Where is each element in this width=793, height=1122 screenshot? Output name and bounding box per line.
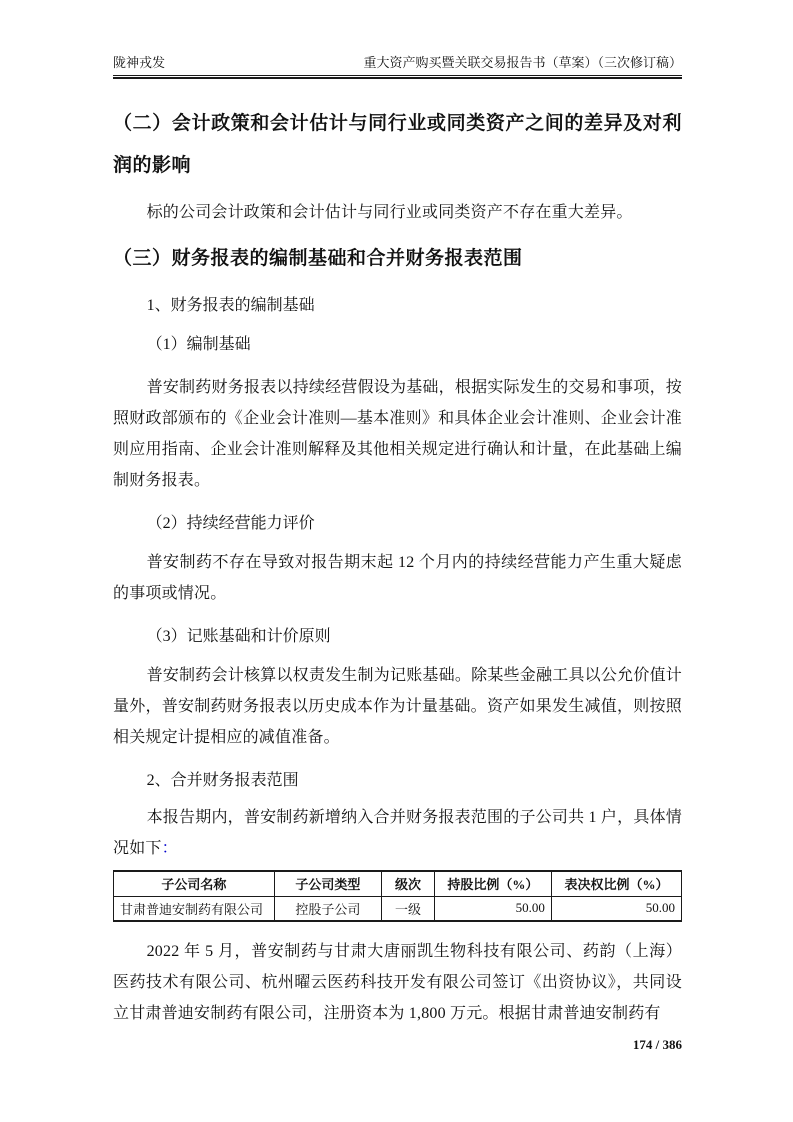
- subheading-1-1: （1）编制基础: [113, 329, 682, 360]
- paragraph-going-concern: 普安制药不存在导致对报告期末起 12 个月内的持续经营能力产生重大疑虑的事项或情…: [113, 547, 682, 609]
- scope-lead-text: 本报告期内，普安制药新增纳入合并财务报表范围的子公司共 1 户，具体情况如下: [113, 809, 682, 857]
- revision-colon: ：: [162, 840, 178, 857]
- header-right-title: 重大资产购买暨关联交易报告书（草案）（三次修订稿）: [363, 55, 682, 71]
- page-number: 174 / 386: [113, 1037, 682, 1053]
- col-header-shareholding-ratio: 持股比例（%）: [434, 871, 551, 896]
- col-header-voting-ratio: 表决权比例（%）: [551, 871, 681, 896]
- paragraph-accrual-basis: 普安制药会计核算以权责发生制为记账基础。除某些金融工具以公允价值计量外，普安制药…: [113, 660, 682, 753]
- paragraph-consolidation-scope: 本报告期内，普安制药新增纳入合并财务报表范围的子公司共 1 户，具体情况如下：: [113, 802, 682, 864]
- col-header-subsidiary-name: 子公司名称: [114, 871, 275, 896]
- header-rule: [113, 77, 682, 79]
- paragraph-preparation-basis: 普安制药财务报表以持续经营假设为基础，根据实际发生的交易和事项，按照财政部颁布的…: [113, 372, 682, 496]
- subheading-1-3: （3）记账基础和计价原则: [113, 621, 682, 652]
- document-page: 陇神戎发 重大资产购买暨关联交易报告书（草案）（三次修订稿） （二）会计政策和会…: [0, 0, 793, 1122]
- cell-subsidiary-name: 甘肃普迪安制药有限公司: [114, 896, 275, 921]
- table-row: 甘肃普迪安制药有限公司 控股子公司 一级 50.00 50.00: [114, 896, 682, 921]
- subsidiary-table: 子公司名称 子公司类型 级次 持股比例（%） 表决权比例（%） 甘肃普迪安制药有…: [113, 870, 682, 922]
- cell-level: 一级: [382, 896, 435, 921]
- subheading-1: 1、财务报表的编制基础: [113, 290, 682, 321]
- heading-section-2: （二）会计政策和会计估计与同行业或同类资产之间的差异及对利润的影响: [113, 103, 682, 187]
- table-header-row: 子公司名称 子公司类型 级次 持股比例（%） 表决权比例（%）: [114, 871, 682, 896]
- cell-subsidiary-type: 控股子公司: [274, 896, 381, 921]
- cell-voting-ratio: 50.00: [551, 896, 681, 921]
- col-header-level: 级次: [382, 871, 435, 896]
- paragraph-no-difference: 标的公司会计政策和会计估计与同行业或同类资产不存在重大差异。: [113, 197, 682, 228]
- col-header-subsidiary-type: 子公司类型: [274, 871, 381, 896]
- subheading-1-2: （2）持续经营能力评价: [113, 508, 682, 539]
- running-header: 陇神戎发 重大资产购买暨关联交易报告书（草案）（三次修订稿）: [113, 55, 682, 76]
- header-left-title: 陇神戎发: [113, 55, 165, 71]
- cell-shareholding-ratio: 50.00: [434, 896, 551, 921]
- paragraph-establishment: 2022 年 5 月，普安制药与甘肃大唐丽凯生物科技有限公司、药韵（上海）医药技…: [113, 936, 682, 1029]
- subheading-2: 2、合并财务报表范围: [113, 765, 682, 796]
- heading-section-3: （三）财务报表的编制基础和合并财务报表范围: [113, 244, 682, 274]
